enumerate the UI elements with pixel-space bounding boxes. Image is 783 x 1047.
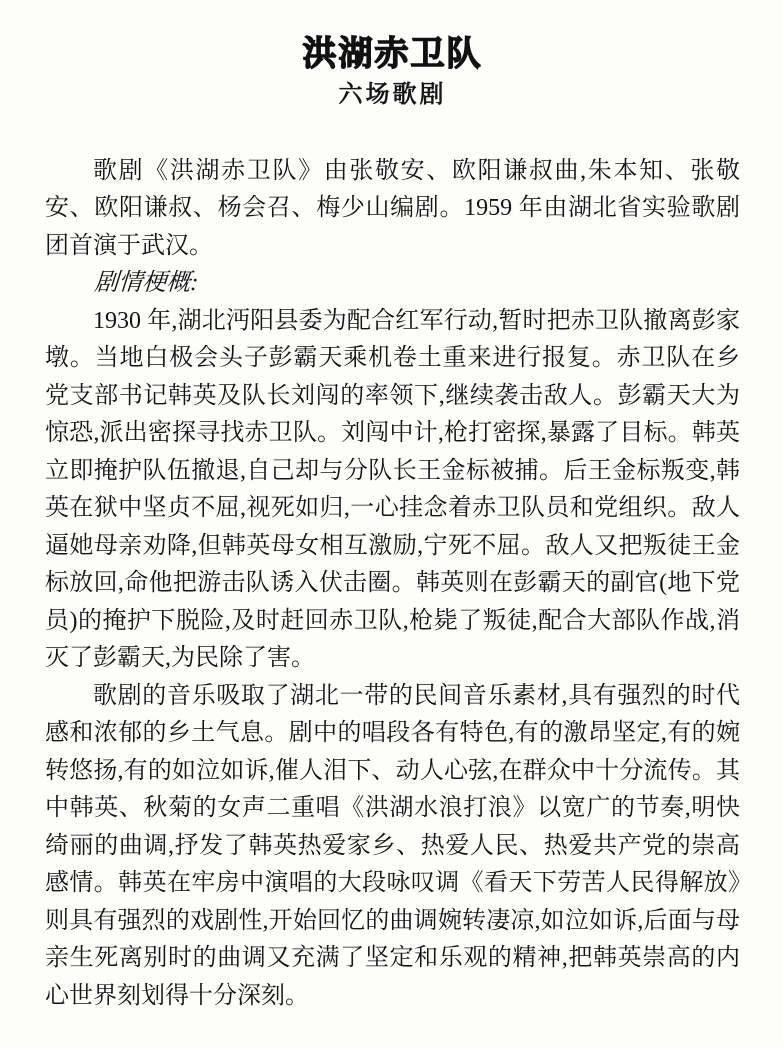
synopsis-paragraph: 1930 年,湖北沔阳县委为配合红军行动,暂时把赤卫队撤离彭家墩。当地白极会头子…: [45, 303, 740, 678]
page-subtitle: 六场歌剧: [45, 82, 740, 108]
document-body: 歌剧《洪湖赤卫队》由张敬安、欧阳谦叔曲,朱本知、张敬安、欧阳谦叔、杨会召、梅少山…: [45, 153, 740, 1016]
intro-paragraph: 歌剧《洪湖赤卫队》由张敬安、欧阳谦叔曲,朱本知、张敬安、欧阳谦叔、杨会召、梅少山…: [45, 153, 740, 266]
book-page: 洪湖赤卫队 六场歌剧 歌剧《洪湖赤卫队》由张敬安、欧阳谦叔曲,朱本知、张敬安、欧…: [0, 0, 783, 1047]
page-title: 洪湖赤卫队: [45, 36, 740, 73]
music-commentary-paragraph: 歌剧的音乐吸取了湖北一带的民间音乐素材,具有强烈的时代感和浓郁的乡土气息。剧中的…: [45, 678, 740, 1016]
synopsis-heading: 剧情梗概:: [45, 265, 743, 303]
